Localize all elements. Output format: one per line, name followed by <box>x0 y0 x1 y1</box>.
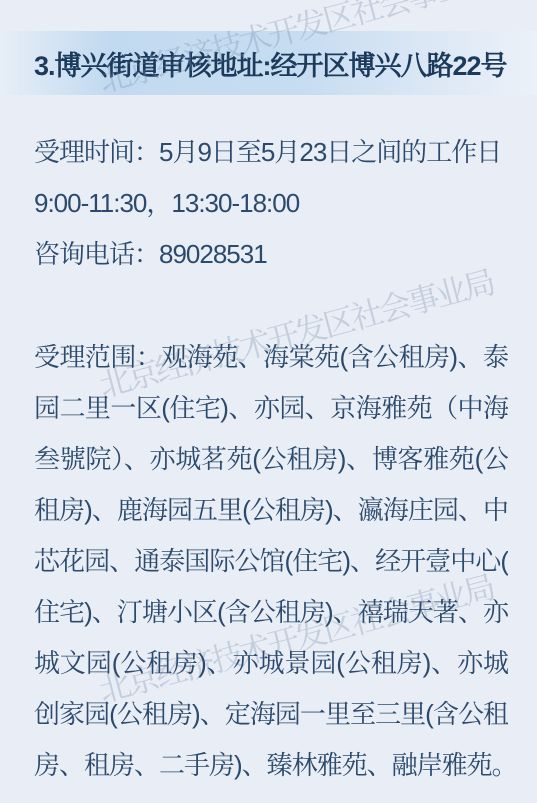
scope-line: 租房)、鹿海园五里(公租房)、瀛海庄园、中 <box>34 485 508 536</box>
scope-line: 创家园(公租房)、定海园一里至三里(含公租 <box>34 689 508 740</box>
notice-page: 北京经济技术开发区社会事业局 北京经济技术开发区社会事业局 北京经济技术开发区社… <box>0 0 537 803</box>
scope-line: 园二里一区(住宅)、亦园、京海雅苑（中海京 <box>34 383 508 434</box>
scope-line-last: 房、租房、二手房)、臻林雅苑、融岸雅苑。 <box>34 740 508 791</box>
info-line-hours: 9:00-11:30，13:30-18:00 <box>34 178 508 229</box>
info-line-phone: 咨询电话：89028531 <box>34 229 508 280</box>
scope-line: 住宅)、汀塘小区(含公租房)、禧瑞天著、亦 <box>34 587 508 638</box>
scope-line: 受理范围：观海苑、海棠苑(含公租房)、泰河 <box>34 332 508 383</box>
scope-line: 城文园(公租房)、亦城景园(公租房)、亦城科 <box>34 638 508 689</box>
acceptance-info: 受理时间：5月9日至5月23日之间的工作日 9:00-11:30，13:30-1… <box>34 127 508 280</box>
acceptance-scope: 受理范围：观海苑、海棠苑(含公租房)、泰河 园二里一区(住宅)、亦园、京海雅苑（… <box>34 332 508 791</box>
info-line-time: 受理时间：5月9日至5月23日之间的工作日 <box>34 127 508 178</box>
page-title: 3.博兴街道审核地址:经开区博兴八路22号 <box>0 44 507 83</box>
header-band: 3.博兴街道审核地址:经开区博兴八路22号 <box>0 31 537 95</box>
scope-line: 叁號院）、亦城茗苑(公租房)、博客雅苑(公 <box>34 434 508 485</box>
scope-line: 芯花园、通泰国际公馆(住宅)、经开壹中心( <box>34 536 508 587</box>
